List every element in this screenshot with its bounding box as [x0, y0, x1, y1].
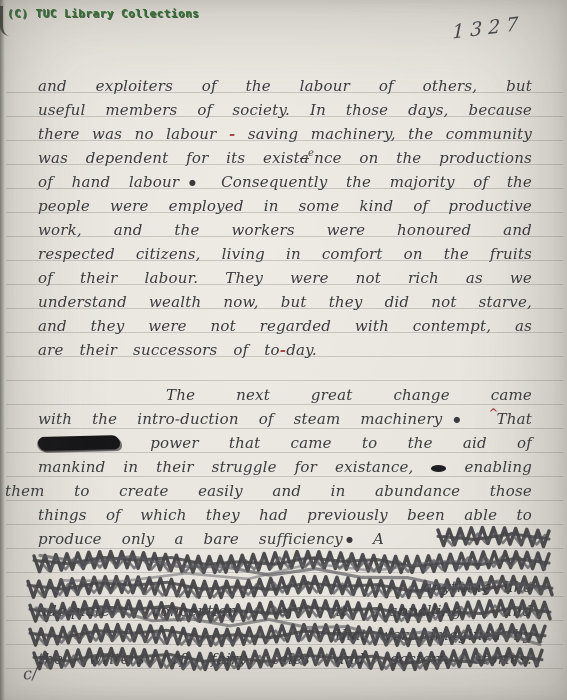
paragraph-2: The next great change camewith the intro…	[38, 383, 532, 671]
inked-out-word	[38, 435, 120, 451]
scan-left-edge	[0, 0, 5, 700]
manuscript-line: are their successors of to-day.	[38, 338, 532, 362]
handwritten-text: mankind in their struggle for existance,	[38, 458, 414, 476]
footer-mark: c/	[22, 664, 38, 684]
handwritten-text: useful members of society. In those days…	[38, 101, 532, 119]
handwritten-text: A	[373, 530, 384, 548]
struck-text: the writers of fairy tales and eastern s…	[38, 650, 532, 668]
struck-text: adequate conception of it	[38, 602, 347, 620]
handwritten-text: produce only a bare sufficiency	[38, 530, 343, 548]
manuscript-line: power that came to the aid of	[38, 431, 532, 455]
manuscript-line: understand wealth now, but they did not …	[38, 290, 532, 314]
handwritten-text: with the intro-duction of steam machiner…	[38, 410, 442, 428]
handwritten-text: work, and the workers were honoured and	[38, 221, 532, 239]
handwritten-text: things of which they had previously been…	[38, 506, 532, 524]
red-ink-mark: -	[229, 125, 235, 143]
corrected-word-fragment: ae	[300, 149, 314, 167]
manuscript-line: that were imagined by	[38, 623, 532, 647]
manuscript-line: with the intro-duction of steam machiner…	[38, 407, 532, 431]
manuscript-line: was dependent for its existaence on the …	[38, 146, 532, 170]
manuscript-line: work, and the workers were honoured and	[38, 218, 532, 242]
handwritten-text: saving machinery, the community	[248, 125, 532, 143]
handwritten-text: of hand labour	[38, 173, 179, 191]
struck-text: appalling and	[389, 602, 532, 620]
handwritten-text: Consequently the majority of the	[221, 173, 532, 191]
handwritten-text: day.	[286, 341, 317, 359]
struck-text: that were imagined by	[335, 626, 532, 644]
paragraph-1: and exploiters of the labour of others, …	[38, 74, 532, 362]
manuscript-line: respected citizens, living in comfort on…	[38, 242, 532, 266]
handwritten-text: understand wealth now, but they did not …	[38, 293, 532, 311]
heavy-period: ●	[182, 178, 202, 187]
handwritten-text: and they were not regarded with contempt…	[38, 317, 532, 335]
handwritten-text: people were employed in some kind of pro…	[38, 197, 532, 215]
manuscript-line: and they were not regarded with contempt…	[38, 314, 532, 338]
handwritten-text: of their labour. They were not rich as w…	[38, 269, 532, 287]
manuscript-line: useful members of society. In those days…	[38, 98, 532, 122]
handwritten-text: respected citizens, living in comfort on…	[38, 245, 532, 263]
manuscript-line: and exploiters of the labour of others, …	[38, 74, 532, 98]
manuscript-line: of their labour. They were not rich as w…	[38, 266, 532, 290]
manuscript-page: (C) TUC Library Collections 1327 and exp…	[0, 0, 567, 700]
handwritten-text: That	[497, 410, 532, 428]
manuscript-line: The next great change came	[38, 383, 532, 407]
handwritten-text: there was no labour	[38, 125, 217, 143]
page-number: 1327	[452, 10, 542, 43]
handwritten-text: are their successors of to	[38, 341, 280, 359]
manuscript-line: of hand labour● Consequently the majorit…	[38, 170, 532, 194]
struck-text: anything like	[423, 578, 532, 596]
manuscript-line	[38, 551, 532, 575]
library-watermark: (C) TUC Library Collections	[7, 7, 199, 20]
manuscript-line: mankind in their struggle for existance,…	[38, 455, 532, 479]
manuscript-line: anything like	[38, 575, 532, 599]
manuscript-line: things of which they had previously been…	[38, 503, 532, 527]
heavy-period: ●	[346, 535, 353, 544]
manuscript-line: them to create easily and in abundance t…	[5, 479, 532, 503]
heavy-period: ●	[445, 415, 468, 424]
handwritten-text: and exploiters of the labour of others, …	[38, 77, 532, 95]
manuscript-line: produce only a bare sufficiency● A	[38, 527, 532, 551]
manuscript-line: the writers of fairy tales and eastern s…	[38, 647, 532, 671]
handwritten-text: them to create easily and in abundance t…	[5, 482, 532, 500]
manuscript-line: adequate conception of it appalling and	[38, 599, 532, 623]
manuscript-line: people were employed in some kind of pro…	[38, 194, 532, 218]
handwritten-text: was dependent for its exist	[38, 149, 300, 167]
handwritten-text: nce on the productions	[314, 149, 532, 167]
ink-blot	[431, 465, 446, 472]
handwritten-text: power that came to the aid of	[150, 434, 532, 452]
handwritten-text: The next great change came	[166, 386, 532, 404]
manuscript-line: there was no labour - saving machinery, …	[38, 122, 532, 146]
handwritten-text: enabling	[464, 458, 532, 476]
red-caret-mark: ^	[488, 406, 498, 420]
